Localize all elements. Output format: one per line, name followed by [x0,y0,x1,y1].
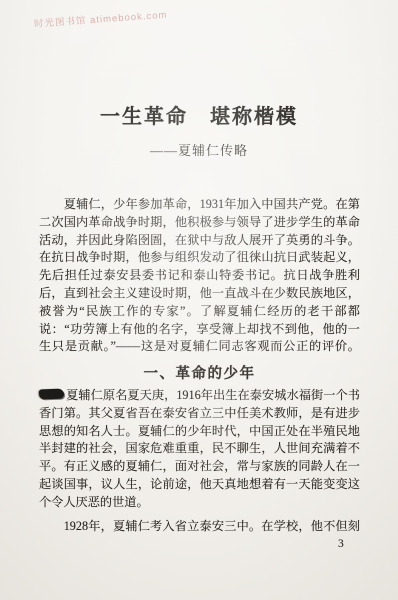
section-heading: 一、革命的少年 [39,362,360,383]
text-line: 夏辅仁，少年参加革命，1931年加入中国共产党。在第 [39,196,360,214]
text-line: 香门第。其父夏省吾在泰安省立三中任美术教师，是有进步 [39,405,360,423]
text-line: 活动，并因此身陷囹圄，在狱中与敌人展开了英勇的斗争。 [39,232,360,250]
ink-smudge-artifact [39,389,64,400]
text-line: 二次国内革命战争时期，他积极参与领导了进步学生的革命 [39,214,360,232]
page-subtitle: ——夏辅仁传略 [0,140,398,159]
page-title: 一生革命 堪称楷模 [0,100,398,129]
text-line: 说：“功劳簿上有他的名字，享受簿上却找不到他，他的一 [39,321,360,339]
text-line: 思想的知名人士。夏辅仁的少年时代，中国正处在半殖民地 [39,423,360,441]
text-line: 起谈国事，议人生，论前途，他天真地想着有一天能变变这 [39,476,360,494]
paragraph-early-years: 夏辅仁原名夏天庚，1916年出生在泰安城水福街一个书 香门第。其父夏省吾在泰安省… [39,387,360,512]
paragraph-intro: 夏辅仁，少年参加革命，1931年加入中国共产党。在第 二次国内革命战争时期，他积… [39,196,360,356]
text-line: 半封建的社会，国家危难重重，民不聊生，人世间充满着不 [39,440,360,458]
text-line: 1928年，夏辅仁考入省立泰安三中。在学校，他不但刻 [39,518,360,536]
text-line: 后，直到社会主义建设时期，他一直战斗在少数民族地区， [39,285,360,303]
book-page: 时光图书馆 atimebook.com 一生革命 堪称楷模 ——夏辅仁传略 夏辅… [0,0,398,600]
text-line: 平。有正义感的夏辅仁，面对社会，常与家族的同龄人在一 [39,458,360,476]
text-line: 先后担任过泰安县委书记和泰山特委书记。抗日战争胜利 [39,267,360,285]
text-line: 夏辅仁原名夏天庚，1916年出生在泰安城水福街一个书 [66,388,360,402]
text-line: 生只是贡献。”——这是对夏辅仁同志客观而公正的评价。 [39,338,360,356]
text-line: 在抗日战争时期，他参与组织发动了徂徕山抗日武装起义， [39,249,360,267]
text-line: 个令人厌恶的世道。 [39,494,360,512]
paragraph-school: 1928年，夏辅仁考入省立泰安三中。在学校，他不但刻 [39,518,360,536]
text-line-with-smudge: 夏辅仁原名夏天庚，1916年出生在泰安城水福街一个书 [39,387,360,405]
text-line: 被誉为“民族工作的专家”。了解夏辅仁经历的老干部都 [39,303,360,321]
page-number: 3 [338,538,344,550]
watermark-text: 时光图书馆 atimebook.com [34,7,168,30]
